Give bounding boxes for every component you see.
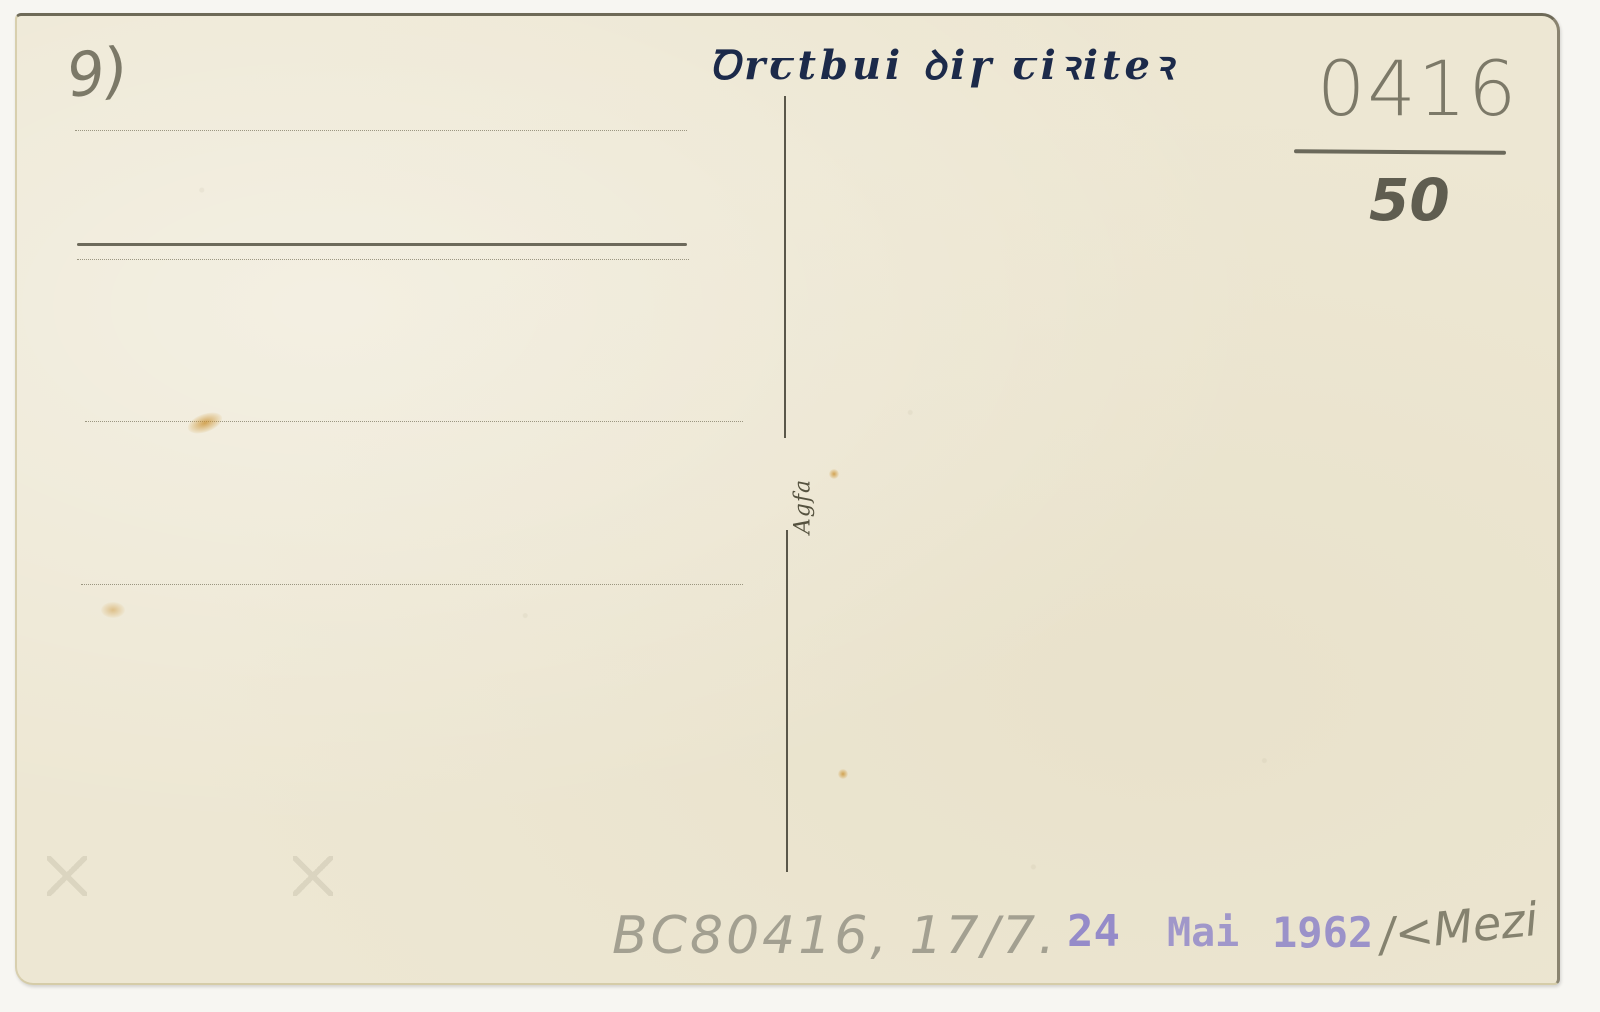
faint-watermark — [1357, 956, 1363, 975]
postcard-back: Agfa 9) Ꝺrꞇtbui ꝺiꞅ ꞇiꝛiteꝛ 0416 50 BC80… — [15, 13, 1560, 985]
dotted-rule-2 — [77, 259, 689, 260]
stamp-month: Mai — [1167, 910, 1239, 956]
dotted-rule-1 — [75, 130, 687, 131]
foxing-stain-4 — [838, 769, 848, 779]
embossed-mark-right — [293, 856, 333, 896]
pencil-note-bottom-right: /<Mezi — [1377, 892, 1541, 962]
dotted-rule-3 — [85, 421, 743, 422]
center-divider-bottom — [786, 530, 788, 872]
embossed-mark-left — [47, 856, 87, 896]
foxing-stain-1 — [185, 408, 225, 437]
dotted-rule-4 — [81, 584, 743, 585]
stamp-day: 24 — [1067, 906, 1120, 957]
center-divider-top — [784, 96, 786, 438]
sutterlin-handwriting: Ꝺrꞇtbui ꝺiꞅ ꞇiꝛiteꝛ — [709, 36, 1177, 91]
solid-rule — [77, 243, 687, 246]
agfa-imprint: Agfa — [791, 477, 816, 537]
fraction-numerator: 0416 — [1317, 44, 1518, 133]
foxing-stain-3 — [829, 469, 839, 479]
foxing-stain-2 — [101, 602, 125, 618]
fraction-bar — [1294, 149, 1506, 154]
stamp-year: 1962 — [1272, 908, 1373, 957]
fraction-denominator: 50 — [1369, 166, 1450, 234]
page-background: Agfa 9) Ꝺrꞇtbui ꝺiꞅ ꞇiꝛiteꝛ 0416 50 BC80… — [0, 0, 1600, 1012]
pencil-number-9: 9) — [62, 34, 133, 112]
pencil-reference-number: BC80416, 17/7. — [612, 906, 1058, 966]
